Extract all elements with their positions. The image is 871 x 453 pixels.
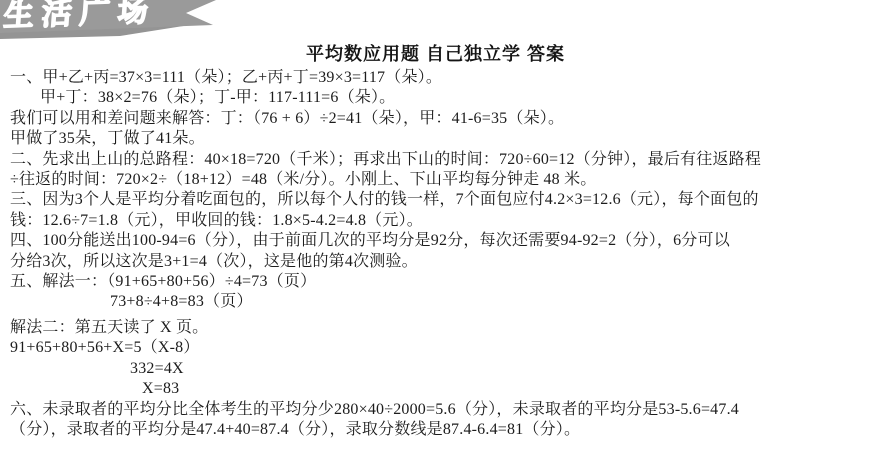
answer-line: 六、未录取者的平均分比全体考生的平均分少280×40÷2000=5.6（分），未… <box>10 400 865 420</box>
answer-line: 分给3次，所以这次是3+1=4（次），这是他的第4次测验。 <box>10 252 865 272</box>
answer-line: 二、先求出上山的总路程：40×18=720（千米）；再求出下山的时间：720÷6… <box>10 150 865 170</box>
answer-line: 甲做了35朵，丁做了41朵。 <box>10 129 865 149</box>
answer-line: 解法二：第五天读了 X 页。 <box>10 318 865 338</box>
answer-line: 332=4X <box>10 359 865 379</box>
answer-line: （分），录取者的平均分是47.4+40=87.4（分），录取分数线是87.4-6… <box>10 420 865 440</box>
answer-line: ÷往返的时间：720×2÷（18+12）=48（米/分）。小刚上、下山平均每分钟… <box>10 170 865 190</box>
ribbon-label: 生活广场 <box>3 0 158 35</box>
answer-line: 四、100分能送出100-94=6（分），由于前面几次的平均分是92分，每次还需… <box>10 231 865 251</box>
ribbon-shape: 生活广场 <box>0 0 230 40</box>
answer-line: 三、因为3个人是平均分着吃面包的，所以每个人付的钱一样，7个面包应付4.2×3=… <box>10 190 865 210</box>
page-title: 平均数应用题 自己独立学 答案 <box>0 40 871 66</box>
answer-line: 我们可以用和差问题来解答：丁：（76 + 6）÷2=41（朵），甲：41-6=3… <box>10 109 865 129</box>
answer-line: 五、解法一：（91+65+80+56）÷4=73（页） <box>10 272 865 292</box>
ribbon-fold <box>0 0 230 42</box>
document-page: 生活广场 平均数应用题 自己独立学 答案 一、甲+乙+丙=37×3=111（朵）… <box>0 0 871 453</box>
answer-line: 钱：12.6÷7=1.8（元），甲收回的钱：1.8×5-4.2=4.8（元）。 <box>10 211 865 231</box>
answer-line: X=83 <box>10 379 865 399</box>
answer-line: 一、甲+乙+丙=37×3=111（朵）；乙+丙+丁=39×3=117（朵）。 <box>10 68 865 88</box>
answer-line: 甲+丁：38×2=76（朵）；丁-甲：117-111=6（朵）。 <box>10 88 865 108</box>
answer-body: 一、甲+乙+丙=37×3=111（朵）；乙+丙+丁=39×3=117（朵）。 甲… <box>10 68 865 440</box>
answer-line: 91+65+80+56+X=5（X-8） <box>10 338 865 358</box>
answer-line: 73+8÷4+8=83（页） <box>10 292 865 312</box>
